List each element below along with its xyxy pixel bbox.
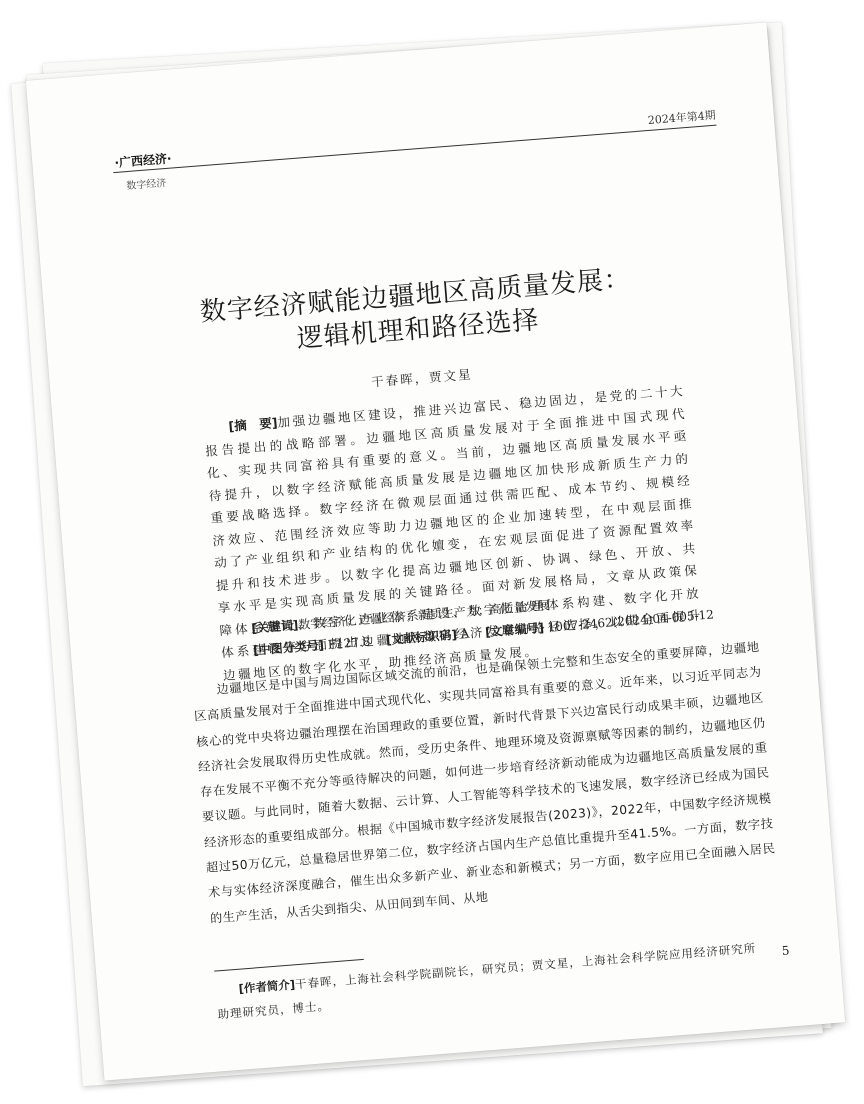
author-footnote: [作者简介]干春晖，上海社会科学院副院长，研究员；贾文星，上海社会科学院应用经济…	[215, 936, 762, 1027]
keywords-label: [关键词]	[251, 618, 299, 636]
doc-code-label: [文献标识码]	[386, 628, 458, 648]
clc-value: F127.8	[327, 634, 371, 651]
body-paragraph: 边疆地区是中国与周边国际区域交流的前沿，也是确保领土完整和生态安全的重要屏障，边…	[191, 635, 778, 932]
doc-code-value: A	[460, 627, 470, 642]
footnote-text: 干春晖，上海社会科学院副院长，研究员；贾文星，上海社会科学院应用经济研究所助理研…	[217, 941, 757, 1021]
journal-page: 2024年第4期 ·广西经济· 数字经济 数字经济赋能边疆地区高质量发展： 逻辑…	[26, 22, 845, 1080]
column-tag: 数字经济	[126, 174, 167, 192]
page-number: 5	[781, 943, 790, 958]
footnote-label: [作者简介]	[238, 977, 295, 995]
abstract-label: [摘 要]	[228, 415, 278, 434]
article-no-label: [文章编号]	[485, 621, 545, 640]
header-rule	[113, 125, 716, 173]
clc-label: [中图分类号]	[253, 638, 325, 658]
